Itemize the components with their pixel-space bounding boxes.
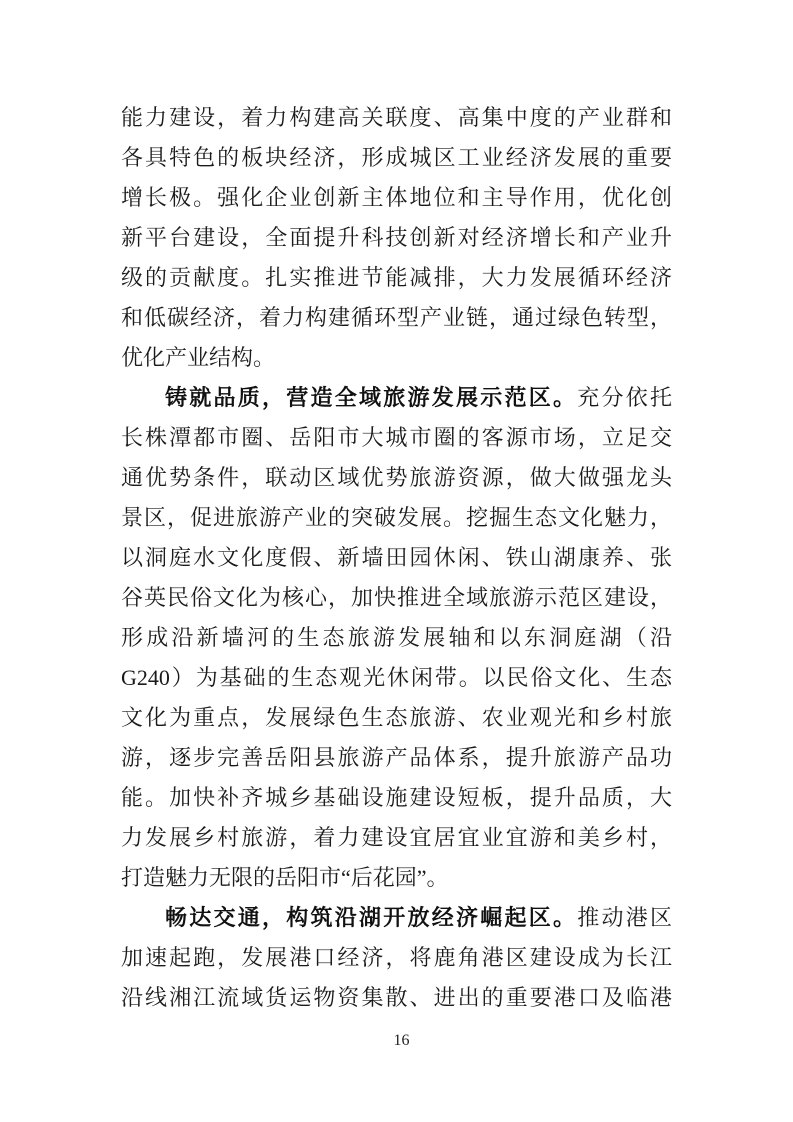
text-line: 增长极。强化企业创新主体地位和主导作用，优化创: [121, 178, 672, 218]
text-line: 畅达交通，构筑沿湖开放经济崛起区。推动港区: [121, 898, 672, 938]
paragraph-text: 推动港区: [577, 905, 672, 930]
text-line: 铸就品质，营造全域旅游发展示范区。充分依托: [121, 378, 672, 418]
paragraph-text: 景区，促进旅游产业的突破发展。挖掘生态文化魅力，: [121, 505, 672, 530]
text-line: 长株潭都市圈、岳阳市大城市圈的客源市场，立足交: [121, 418, 672, 458]
paragraph-text: 和低碳经济，着力构建循环型产业链，通过绿色转型，: [121, 305, 672, 330]
paragraph-text: 能力建设，着力构建高关联度、高集中度的产业群和: [121, 105, 672, 130]
text-line: 各具特色的板块经济，形成城区工业经济发展的重要: [121, 138, 672, 178]
paragraph-text: 充分依托: [577, 385, 672, 410]
paragraph-text: 形成沿新墙河的生态旅游发展轴和以东洞庭湖（沿: [121, 625, 672, 650]
paragraph-text: 打造魅力无限的岳阳市“后花园”。: [121, 865, 449, 890]
text-line: 通优势条件，联动区域优势旅游资源，做大做强龙头: [121, 458, 672, 498]
text-line: 景区，促进旅游产业的突破发展。挖掘生态文化魅力，: [121, 498, 672, 538]
text-line: 沿线湘江流域货运物资集散、进出的重要港口及临港: [121, 978, 672, 1018]
paragraph-text: 增长极。强化企业创新主体地位和主导作用，优化创: [121, 185, 672, 210]
page-number: 16: [0, 1032, 793, 1050]
paragraph-text: 通优势条件，联动区域优势旅游资源，做大做强龙头: [121, 465, 672, 490]
paragraph-text: 沿线湘江流域货运物资集散、进出的重要港口及临港: [121, 985, 672, 1010]
text-line: G240）为基础的生态观光休闲带。以民俗文化、生态: [121, 658, 672, 698]
paragraph-text: 新平台建设，全面提升科技创新对经济增长和产业升: [121, 225, 672, 250]
text-line: 打造魅力无限的岳阳市“后花园”。: [121, 858, 672, 898]
paragraph-text: 优化产业结构。: [121, 345, 275, 370]
paragraph-text: 以洞庭水文化度假、新墙田园休闲、铁山湖康养、张: [121, 545, 672, 570]
text-line: 力发展乡村旅游，着力建设宜居宜业宜游和美乡村，: [121, 818, 672, 858]
text-line: 以洞庭水文化度假、新墙田园休闲、铁山湖康养、张: [121, 538, 672, 578]
paragraph-text: 力发展乡村旅游，着力建设宜居宜业宜游和美乡村，: [121, 825, 672, 850]
text-line: 加速起跑，发展港口经济，将鹿角港区建设成为长江: [121, 938, 672, 978]
document-text-block: 能力建设，着力构建高关联度、高集中度的产业群和各具特色的板块经济，形成城区工业经…: [121, 98, 672, 1018]
paragraph-text: 文化为重点，发展绿色生态旅游、农业观光和乡村旅: [121, 705, 672, 730]
text-line: 级的贡献度。扎实推进节能减排，大力发展循环经济: [121, 258, 672, 298]
paragraph-text: 能。加快补齐城乡基础设施建设短板，提升品质，大: [121, 785, 672, 810]
text-line: 能。加快补齐城乡基础设施建设短板，提升品质，大: [121, 778, 672, 818]
text-line: 游，逐步完善岳阳县旅游产品体系，提升旅游产品功: [121, 738, 672, 778]
text-line: 文化为重点，发展绿色生态旅游、农业观光和乡村旅: [121, 698, 672, 738]
document-page: 能力建设，着力构建高关联度、高集中度的产业群和各具特色的板块经济，形成城区工业经…: [0, 0, 793, 1122]
paragraph-text: 游，逐步完善岳阳县旅游产品体系，提升旅游产品功: [121, 745, 672, 770]
paragraph-text: G240）为基础的生态观光休闲带。以民俗文化、生态: [121, 665, 672, 690]
paragraph-text: 谷英民俗文化为核心，加快推进全域旅游示范区建设，: [121, 585, 672, 610]
text-line: 和低碳经济，着力构建循环型产业链，通过绿色转型，: [121, 298, 672, 338]
paragraph-heading: 铸就品质，营造全域旅游发展示范区。: [165, 385, 577, 410]
paragraph-heading: 畅达交通，构筑沿湖开放经济崛起区。: [165, 905, 577, 930]
text-line: 新平台建设，全面提升科技创新对经济增长和产业升: [121, 218, 672, 258]
text-line: 优化产业结构。: [121, 338, 672, 378]
text-line: 形成沿新墙河的生态旅游发展轴和以东洞庭湖（沿: [121, 618, 672, 658]
paragraph-text: 长株潭都市圈、岳阳市大城市圈的客源市场，立足交: [121, 425, 672, 450]
paragraph-text: 加速起跑，发展港口经济，将鹿角港区建设成为长江: [121, 945, 672, 970]
text-line: 能力建设，着力构建高关联度、高集中度的产业群和: [121, 98, 672, 138]
text-line: 谷英民俗文化为核心，加快推进全域旅游示范区建设，: [121, 578, 672, 618]
paragraph-text: 各具特色的板块经济，形成城区工业经济发展的重要: [121, 145, 672, 170]
paragraph-text: 级的贡献度。扎实推进节能减排，大力发展循环经济: [121, 265, 672, 290]
